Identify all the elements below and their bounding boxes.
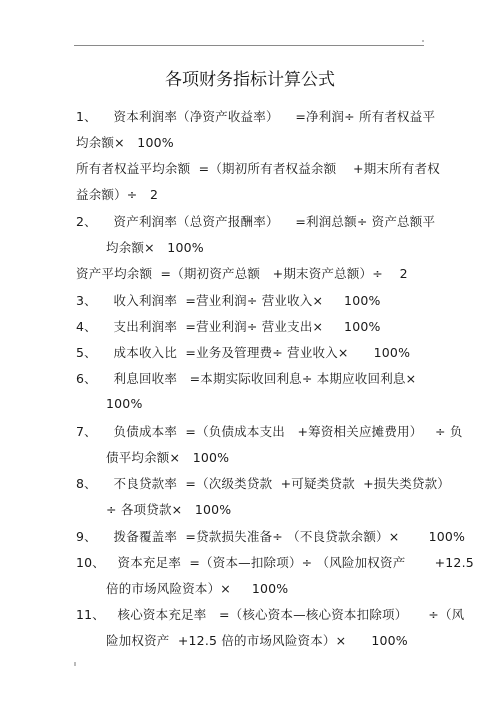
footer-mark	[74, 662, 76, 666]
formula-6-line-2: 100%	[106, 396, 143, 411]
formula-10-line-2: 倍的市场风险资本）× 100%	[106, 579, 288, 597]
formula-7-line-2: 债平均余额× 100%	[106, 448, 229, 466]
formula-1-line-1: 1、 资本利润率（净资产收益率） =净利润÷ 所有者权益平	[76, 107, 435, 125]
formula-1-note-line-1: 所有者权益平均余额 =（期初所有者权益余额 +期末所有者权	[76, 159, 440, 177]
formula-5: 5、 成本收入比 =业务及管理费÷ 营业收入× 100%	[76, 343, 410, 361]
formula-1-line-2: 均余额× 100%	[76, 133, 174, 151]
formula-8-line-2: ÷ 各项贷款× 100%	[106, 500, 231, 518]
header-mark	[422, 40, 424, 42]
formula-10-line-1: 10、 资本充足率 =（资本—扣除项）÷ （风险加权资产 +12.5	[76, 553, 474, 571]
formula-3: 3、 收入利润率 =营业利润÷ 营业收入× 100%	[76, 291, 381, 309]
formula-9: 9、 拨备覆盖率 =贷款损失准备÷ （不良贷款余额）× 100%	[76, 527, 465, 545]
formula-2-note: 资产平均余额 =（期初资产总额 +期末资产总额）÷ 2	[76, 264, 408, 282]
document-title: 各项财务指标计算公式	[0, 65, 500, 90]
formula-7-line-1: 7、 负债成本率 =（负债成本支出 +筹资相关应摊费用） ÷ 负	[76, 422, 463, 440]
formula-2-line-2: 均余额× 100%	[106, 238, 204, 256]
header-divider	[74, 45, 424, 46]
formula-4: 4、 支出利润率 =营业利润÷ 营业支出× 100%	[76, 317, 381, 335]
formula-1-note-line-2: 益余额）÷ 2	[76, 185, 158, 203]
formula-6-line-1: 6、 利息回收率 =本期实际收回利息÷ 本期应收回利息×	[76, 369, 416, 387]
formula-2-line-1: 2、 资产利润率（总资产报酬率） =利润总额÷ 资产总额平	[76, 212, 435, 230]
formula-11-line-1: 11、 核心资本充足率 =（核心资本—核心资本扣除项） ÷（风	[76, 605, 464, 623]
formula-11-line-2: 险加权资产 +12.5 倍的市场风险资本）× 100%	[106, 631, 408, 649]
formula-8-line-1: 8、 不良贷款率 =（次级类贷款 +可疑类贷款 +损失类贷款）	[76, 474, 450, 492]
